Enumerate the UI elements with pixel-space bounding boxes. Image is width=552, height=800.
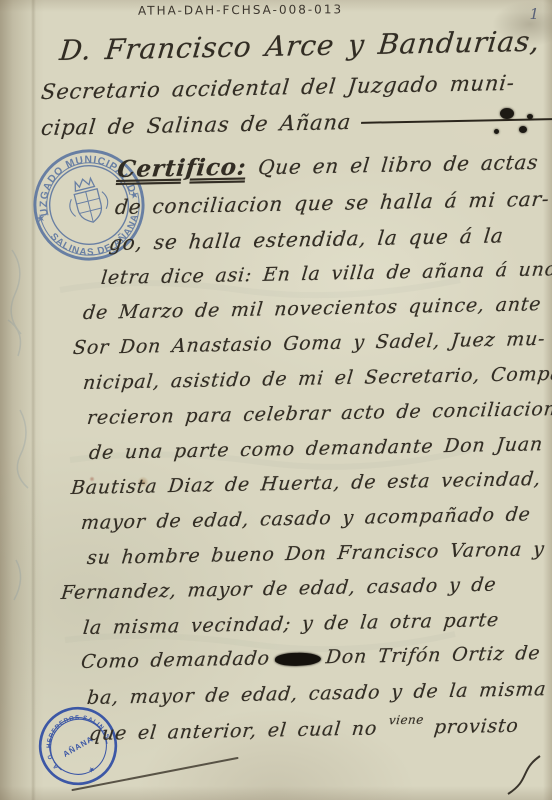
scanned-document-page: ATHA-DAH-FCHSA-008-013 1 JUZGADO MUNICIP… <box>0 0 552 800</box>
pen-flourish-mark <box>500 752 545 797</box>
stamp-star-icon: ★ <box>87 766 97 776</box>
ink-blot <box>494 129 499 134</box>
certifico-heading: Certifico: <box>116 153 248 183</box>
line-text: Don Trifón Ortiz de Villal- <box>325 641 552 669</box>
crossed-out-ink-blot <box>274 652 321 666</box>
line-text: Como demandado <box>80 647 271 673</box>
stamp-crown-icon <box>73 177 94 191</box>
line-text: provisto <box>433 715 520 739</box>
archive-reference-code: ATHA-DAH-FCHSA-008-013 <box>138 2 343 17</box>
inserted-word: viene <box>388 713 425 728</box>
page-number: 1 <box>529 5 539 23</box>
ink-blot <box>500 108 514 119</box>
line-text: Que en el libro de actas <box>257 150 540 179</box>
ink-blot <box>527 114 533 119</box>
ink-blot <box>519 126 527 133</box>
ink-rule <box>361 118 552 124</box>
